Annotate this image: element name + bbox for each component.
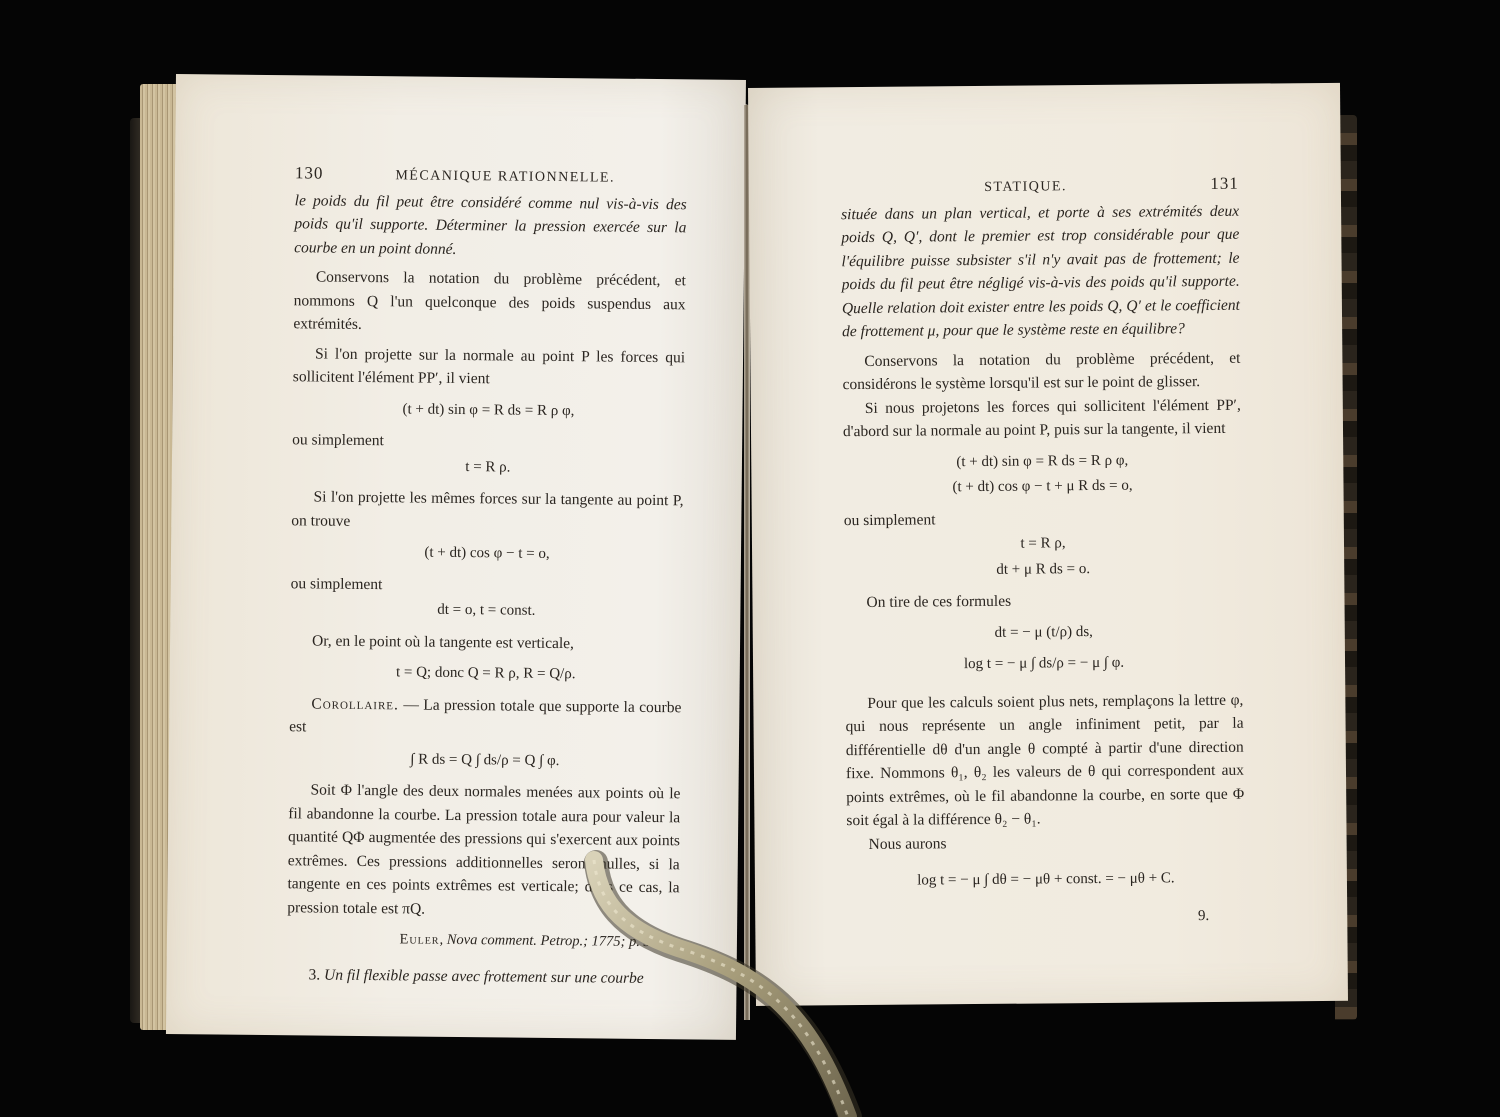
left-page-text: 130 MÉCANIQUE RATIONNELLE. le poids du f… xyxy=(286,161,687,990)
equation: dt = o, t = const. xyxy=(290,597,682,625)
equation: t = R ρ, xyxy=(844,531,1242,558)
running-head-title: MÉCANIQUE RATIONNELLE. xyxy=(323,164,687,191)
equation: ∫ R ds = Q ∫ ds/ρ = Q ∫ φ. xyxy=(289,747,681,775)
left-page: 130 MÉCANIQUE RATIONNELLE. le poids du f… xyxy=(166,74,746,1040)
equation: t = R ρ. xyxy=(292,454,684,482)
paragraph: Conservons la notation du problème précé… xyxy=(293,265,686,340)
paragraph: Pour que les calculs soient plus nets, r… xyxy=(845,688,1244,832)
paragraph: Conservons la notation du problème précé… xyxy=(842,346,1240,396)
paragraph: On tire de ces formules xyxy=(844,588,1242,615)
paragraph: Or, en le point où la tangente est verti… xyxy=(290,629,682,657)
page-number: 131 xyxy=(1210,172,1239,196)
signature-mark: 9. xyxy=(847,904,1245,931)
continued-problem: le poids du fil peut être considéré comm… xyxy=(294,189,687,264)
running-head: 130 MÉCANIQUE RATIONNELLE. xyxy=(295,161,687,191)
equation: (t + dt) sin φ = R ds = R ρ φ, xyxy=(292,397,684,425)
page-number: 130 xyxy=(295,161,324,185)
corollary: Corollaire. — La pression totale que sup… xyxy=(289,692,681,743)
paragraph: Si l'on projette les mêmes forces sur la… xyxy=(291,485,683,536)
paragraph: Si l'on projette sur la normale au point… xyxy=(293,342,685,393)
paragraph: Soit Φ l'angle des deux normales menées … xyxy=(287,778,680,923)
equation: dt = − μ (t/ρ) ds, xyxy=(845,619,1243,646)
right-page: STATIQUE. 131 située dans un plan vertic… xyxy=(748,83,1348,1006)
running-head: STATIQUE. 131 xyxy=(841,172,1239,201)
equation: (t + dt) cos φ − t = o, xyxy=(291,540,683,568)
equation: log t = − μ ∫ dθ = − μθ + const. = − μθ … xyxy=(847,867,1245,894)
book-photo: 130 MÉCANIQUE RATIONNELLE. le poids du f… xyxy=(0,0,1500,1117)
problem-number: 3. xyxy=(308,966,320,983)
equation: log t = − μ ∫ ds/ρ = − μ ∫ φ. xyxy=(845,651,1243,678)
citation-author: Euler xyxy=(399,931,439,947)
paragraph: Nous aurons xyxy=(847,829,1245,856)
running-head-title: STATIQUE. xyxy=(841,174,1211,201)
paragraph: Si nous projetons les forces qui sollici… xyxy=(843,393,1241,443)
equation: t = Q; donc Q = R ρ, R = Q/ρ. xyxy=(290,660,682,688)
citation-source: , Nova comment. Petrop.; 1775; p. 307. xyxy=(439,932,669,950)
right-page-text: STATIQUE. 131 située dans un plan vertic… xyxy=(841,172,1246,931)
problem-text: Un fil flexible passe avec frottement su… xyxy=(324,966,644,986)
citation: Euler, Nova comment. Petrop.; 1775; p. 3… xyxy=(287,927,679,955)
equation: (t + dt) cos φ − t + μ R ds = o, xyxy=(843,474,1241,501)
paragraph: ou simplement xyxy=(292,428,684,456)
equation: dt + μ R ds = o. xyxy=(844,556,1242,583)
problem-heading: 3. Un fil flexible passe avec frottement… xyxy=(286,963,678,991)
equation: (t + dt) sin φ = R ds = R ρ φ, xyxy=(843,448,1241,475)
paragraph: ou simplement xyxy=(844,505,1242,532)
paragraph: ou simplement xyxy=(291,572,683,600)
corollary-label: Corollaire. xyxy=(311,695,399,713)
continued-problem: située dans un plan vertical, et porte à… xyxy=(841,199,1240,343)
